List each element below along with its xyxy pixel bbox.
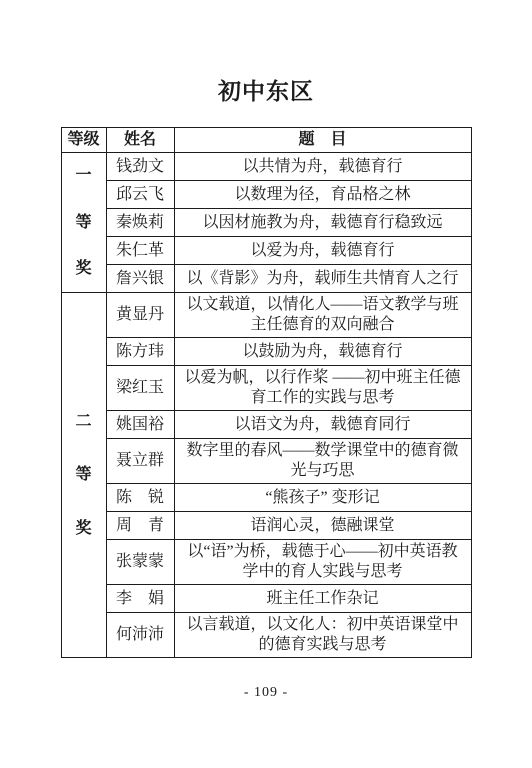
level-char: 奖 [75,259,91,279]
topic-cell: 以爱为舟，载德育行 [174,237,471,265]
topic-cell: 以鼓励为舟，载德育行 [174,338,471,366]
name-cell: 聂立群 [106,439,174,484]
level-char: 等 [75,213,91,233]
table-row: 李 娟 班主任工作杂记 [61,585,471,613]
table-row: 聂立群 数字里的春风——数学课堂中的德育微光与巧思 [61,439,471,484]
table-header-row: 等级 姓名 题 目 [61,128,471,153]
level-label-vertical: 二 等 奖 [67,412,101,539]
table-row: 一 等 奖 钱劲文 以共情为舟，载德育行 [61,153,471,181]
document-page: 初中东区 等级 姓名 题 目 一 等 奖 钱劲文 [0,0,532,768]
table-row: 梁红玉 以爱为帆，以行作桨 ——初中班主任德育工作的实践与思考 [61,366,471,411]
topic-cell: 以数理为径，育品格之林 [174,181,471,209]
topic-cell: 以共情为舟，载德育行 [174,153,471,181]
topic-cell: 以因材施教为舟，载德育行稳致远 [174,209,471,237]
level-label-vertical: 一 等 奖 [67,166,101,279]
level-char: 二 [75,412,91,432]
name-cell: 詹兴银 [106,265,174,293]
name-cell: 钱劲文 [106,153,174,181]
name-cell: 梁红玉 [106,366,174,411]
page-title: 初中东区 [0,0,532,103]
header-cell-name: 姓名 [106,128,174,153]
topic-cell: 语润心灵，德融课堂 [174,512,471,540]
topic-cell: 以“语”为桥，载德于心——初中英语教学中的育人实践与思考 [174,540,471,585]
name-cell: 黄显丹 [106,293,174,338]
table-row: 秦焕莉 以因材施教为舟，载德育行稳致远 [61,209,471,237]
topic-cell: 以《背影》为舟，载师生共情育人之行 [174,265,471,293]
name-cell: 张蒙蒙 [106,540,174,585]
table-row: 陈方玮 以鼓励为舟，载德育行 [61,338,471,366]
level-char: 一 [75,166,91,186]
table-row: 邱云飞 以数理为径，育品格之林 [61,181,471,209]
header-cell-level: 等级 [61,128,106,153]
table-row: 姚国裕 以语文为舟，载德育同行 [61,411,471,439]
name-cell: 周 青 [106,512,174,540]
topic-cell: 班主任工作杂记 [174,585,471,613]
name-cell: 姚国裕 [106,411,174,439]
topic-cell: 以语文为舟，载德育同行 [174,411,471,439]
topic-cell: 数字里的春风——数学课堂中的德育微光与巧思 [174,439,471,484]
topic-cell: “熊孩子” 变形记 [174,484,471,512]
name-cell: 秦焕莉 [106,209,174,237]
name-cell: 李 娟 [106,585,174,613]
table-row: 何沛沛 以言载道，以文化人：初中英语课堂中的德育实践与思考 [61,613,471,658]
name-cell: 陈方玮 [106,338,174,366]
header-cell-topic: 题 目 [174,128,471,153]
level-char: 奖 [75,519,91,539]
table-row: 周 青 语润心灵，德融课堂 [61,512,471,540]
name-cell: 陈 锐 [106,484,174,512]
level-cell-second-prize: 二 等 奖 [61,293,106,658]
table-row: 朱仁革 以爱为舟，载德育行 [61,237,471,265]
name-cell: 何沛沛 [106,613,174,658]
table-row: 张蒙蒙 以“语”为桥，载德于心——初中英语教学中的育人实践与思考 [61,540,471,585]
topic-cell: 以文载道，以情化人——语文教学与班主任德育的双向融合 [174,293,471,338]
table-row: 二 等 奖 黄显丹 以文载道，以情化人——语文教学与班主任德育的双向融合 [61,293,471,338]
level-char: 等 [75,465,91,485]
table-row: 詹兴银 以《背影》为舟，载师生共情育人之行 [61,265,471,293]
level-cell-first-prize: 一 等 奖 [61,153,106,293]
topic-cell: 以爱为帆，以行作桨 ——初中班主任德育工作的实践与思考 [174,366,471,411]
page-number: - 109 - [0,685,532,701]
name-cell: 邱云飞 [106,181,174,209]
name-cell: 朱仁革 [106,237,174,265]
table-row: 陈 锐 “熊孩子” 变形记 [61,484,471,512]
topic-cell: 以言载道，以文化人：初中英语课堂中的德育实践与思考 [174,613,471,658]
awards-table: 等级 姓名 题 目 一 等 奖 钱劲文 以共情为舟，载德育行 邱云飞 以数理为径… [61,127,472,658]
